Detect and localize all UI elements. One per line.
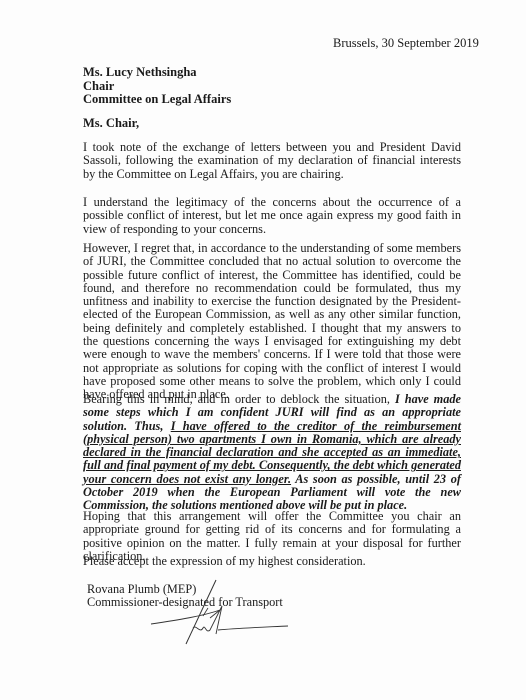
recipient-title: Chair: [83, 80, 231, 94]
letter-page: Brussels, 30 September 2019 Ms. Lucy Net…: [0, 0, 526, 700]
salutation: Ms. Chair,: [83, 116, 139, 131]
paragraph-4-plain: Bearing this in mind, and in order to de…: [83, 392, 395, 406]
paragraph-3: However, I regret that, in accordance to…: [83, 242, 461, 402]
paragraph-2: I understand the legitimacy of the conce…: [83, 196, 461, 236]
recipient-name: Ms. Lucy Nethsingha: [83, 66, 231, 80]
handwritten-signature: [148, 578, 298, 658]
closing-line: Please accept the expression of my highe…: [83, 555, 461, 568]
recipient-organization: Committee on Legal Affairs: [83, 93, 231, 107]
paragraph-1: I took note of the exchange of letters b…: [83, 141, 461, 181]
date-line: Brussels, 30 September 2019: [333, 36, 479, 51]
paragraph-4: Bearing this in mind, and in order to de…: [83, 393, 461, 513]
recipient-block: Ms. Lucy Nethsingha Chair Committee on L…: [83, 66, 231, 107]
